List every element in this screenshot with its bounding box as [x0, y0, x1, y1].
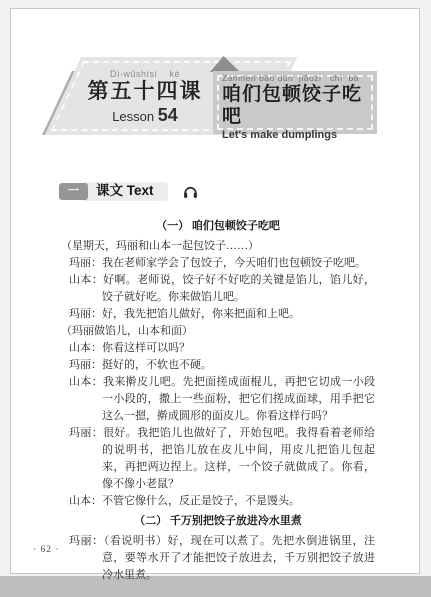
lesson-english-number: 54 [158, 105, 178, 125]
topic-title-english: Let's make dumplings [222, 129, 378, 141]
lesson-title-chinese: 第五十四课 [71, 80, 219, 104]
dialogue-line: 山本：好啊。老师说，饺子好不好吃的关键是馅儿，馅儿好，饺子就好吃。你来做馅儿吧。 [69, 272, 375, 306]
speaker-name: 玛丽： [69, 535, 104, 547]
topic-pinyin: Zánmen bāo dùn jiǎozi chī ba [222, 73, 378, 83]
lesson-banner: Dì-wǔshísì kè 第五十四课 Lesson 54 Zánmen bāo… [11, 9, 421, 159]
speaker-name: 山本： [69, 274, 103, 286]
dialogue-line: 山本：我来擀皮儿吧。先把面搓成面棍儿，再把它切成一小段一小段的，撒上一些面粉，把… [69, 374, 375, 425]
page-surface: Dì-wǔshísì kè 第五十四课 Lesson 54 Zánmen bāo… [10, 8, 420, 574]
dialogue-line: 玛丽：挺好的，不软也不硬。 [69, 357, 375, 374]
speaker-name: 山本： [69, 376, 103, 388]
page-number: · 62 · [33, 545, 60, 555]
section-label: 课文 Text [82, 182, 168, 201]
dialogue-line: 玛丽：我在老师家学会了包饺子，今天咱们也包顿饺子吃吧。 [69, 255, 375, 272]
speaker-name: 玛丽： [69, 427, 103, 439]
section-header: 一 课文 Text [59, 181, 199, 201]
dialogue-text: 很好。我把馅儿也做好了，开始包吧。我得看着老师给的说明书，把馅儿放在皮儿中间，用… [102, 427, 375, 490]
speaker-name: 玛丽： [69, 257, 102, 269]
headphones-icon [182, 184, 199, 199]
part1-title: （一） 咱们包顿饺子吃吧 [61, 218, 375, 235]
stage-direction: （星期天，玛丽和山本一起包饺子……） [61, 238, 375, 255]
lesson-text: （一） 咱们包顿饺子吃吧 （星期天，玛丽和山本一起包饺子……） 玛丽：我在老师家… [61, 215, 375, 584]
lesson-english-prefix: Lesson [112, 109, 154, 124]
dialogue-line: 玛丽：（看说明书）好，现在可以煮了。先把水倒进锅里，注意，要等水开了才能把饺子放… [69, 533, 375, 584]
dialogue-text: 我在老师家学会了包饺子，今天咱们也包顿饺子吃吧。 [102, 257, 366, 269]
dialogue-text: 挺好的，不软也不硬。 [102, 359, 212, 371]
dialogue-line: 玛丽：很好。我把馅儿也做好了，开始包吧。我得看着老师给的说明书，把馅儿放在皮儿中… [69, 425, 375, 493]
dialogue-text: （看说明书）好，现在可以煮了。先把水倒进锅里，注意，要等水开了才能把饺子放进去，… [102, 535, 375, 581]
dialogue-text: 不管它像什么，反正是饺子，不是馒头。 [102, 495, 300, 507]
speaker-name: 山本： [69, 495, 102, 507]
dialogue-line: 山本：不管它像什么，反正是饺子，不是馒头。 [69, 493, 375, 510]
lesson-pinyin: Dì-wǔshísì kè [71, 69, 219, 79]
dialogue-line: 山本：你看这样可以吗？ [69, 340, 375, 357]
dialogue-text: 你看这样可以吗？ [102, 342, 190, 354]
topic-title-chinese: 咱们包顿饺子吃吧 [222, 84, 378, 128]
speaker-name: 玛丽： [69, 359, 102, 371]
dialogue-line: 玛丽：好，我先把馅儿做好，你来把面和上吧。 [69, 306, 375, 323]
dialogue-text: 好，我先把馅儿做好，你来把面和上吧。 [102, 308, 300, 320]
lesson-title-english: Lesson 54 [71, 105, 219, 126]
speaker-name: 山本： [69, 342, 102, 354]
stage-direction: （玛丽做馅儿，山本和面） [61, 323, 375, 340]
dialogue-text: 我来擀皮儿吧。先把面搓成面棍儿，再把它切成一小段一小段的，撒上一些面粉，把它们搓… [102, 376, 375, 422]
lesson-topic-block: Zánmen bāo dùn jiǎozi chī ba 咱们包顿饺子吃吧 Le… [222, 73, 378, 141]
dialogue-text: 好啊。老师说，饺子好不好吃的关键是馅儿，馅儿好，饺子就好吃。你来做馅儿吧。 [102, 274, 375, 303]
speaker-name: 玛丽： [69, 308, 102, 320]
section-number-badge: 一 [59, 183, 88, 200]
lesson-number-block: Dì-wǔshísì kè 第五十四课 Lesson 54 [71, 69, 219, 126]
part2-title: （二） 千万别把饺子放进冷水里煮 [61, 513, 375, 530]
textbook-page-scan: Dì-wǔshísì kè 第五十四课 Lesson 54 Zánmen bāo… [0, 0, 431, 597]
